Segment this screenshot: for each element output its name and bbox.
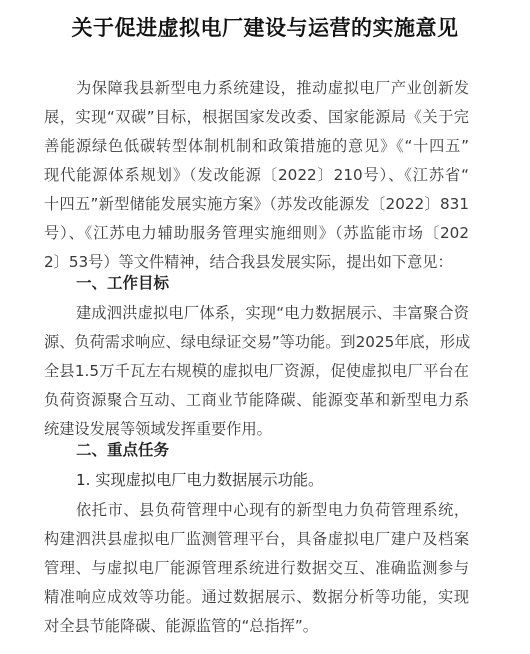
section1-line: 全县1.5万千瓦左右规模的虚拟电厂资源，促使虚拟电厂平台在 — [44, 360, 469, 382]
task-item-title: 1. 实现虚拟电厂电力数据展示功能。 — [76, 469, 323, 491]
section-heading-tasks: 二、重点任务 — [76, 439, 169, 461]
intro-line: 2〕53号）等文件精神，结合我县发展实际，提出如下意见： — [44, 251, 469, 273]
intro-line: 善能源绿色低碳转型体制机制和政策措施的意见》《“十四五” — [44, 135, 469, 157]
section2-line: 管理、与虚拟电厂能源管理系统进行数据交互、准确监测参与 — [44, 557, 469, 579]
intro-line: 十四五”新型储能发展实施方案》（苏发改能源发〔2022〕831 — [44, 193, 469, 215]
intro-line: 展，实现“双碳”目标，根据国家发改委、国家能源局《关于完 — [44, 106, 469, 128]
document-page: 关于促进虚拟电厂建设与运营的实施意见 为保障我县新型电力系统建设，推动虚拟电厂产… — [0, 0, 530, 654]
intro-line: 现代能源体系规划》（发改能源〔2022〕210号）、《江苏省“ — [44, 164, 469, 186]
section1-line: 建成泗洪虚拟电厂体系，实现“电力数据展示、丰富聚合资 — [76, 302, 469, 324]
intro-line: 为保障我县新型电力系统建设，推动虚拟电厂产业创新发 — [76, 77, 469, 99]
section1-line: 源、负荷需求响应、绿电绿证交易”等功能。到2025年底，形成 — [44, 331, 469, 353]
section2-line: 构建泗洪县虚拟电厂监测管理平台，具备虚拟电厂建户及档案 — [44, 528, 469, 550]
section1-line: 统建设发展等领域发挥重要作用。 — [44, 418, 469, 440]
section2-line: 依托市、县负荷管理中心现有的新型电力负荷管理系统， — [76, 499, 469, 521]
section1-line: 负荷资源聚合互动、工商业节能降碳、能源变革和新型电力系 — [44, 389, 469, 411]
intro-line: 号）、《江苏电力辅助服务管理实施细则》（苏监能市场〔202 — [44, 222, 469, 244]
section2-line: 精准响应成效等功能。通过数据展示、数据分析等功能，实现 — [44, 586, 469, 608]
section-heading-goals: 一、工作目标 — [76, 272, 169, 294]
section2-line: 对全县节能降碳、能源监管的“总指挥”。 — [44, 615, 469, 637]
document-title: 关于促进虚拟电厂建设与运营的实施意见 — [0, 12, 530, 42]
